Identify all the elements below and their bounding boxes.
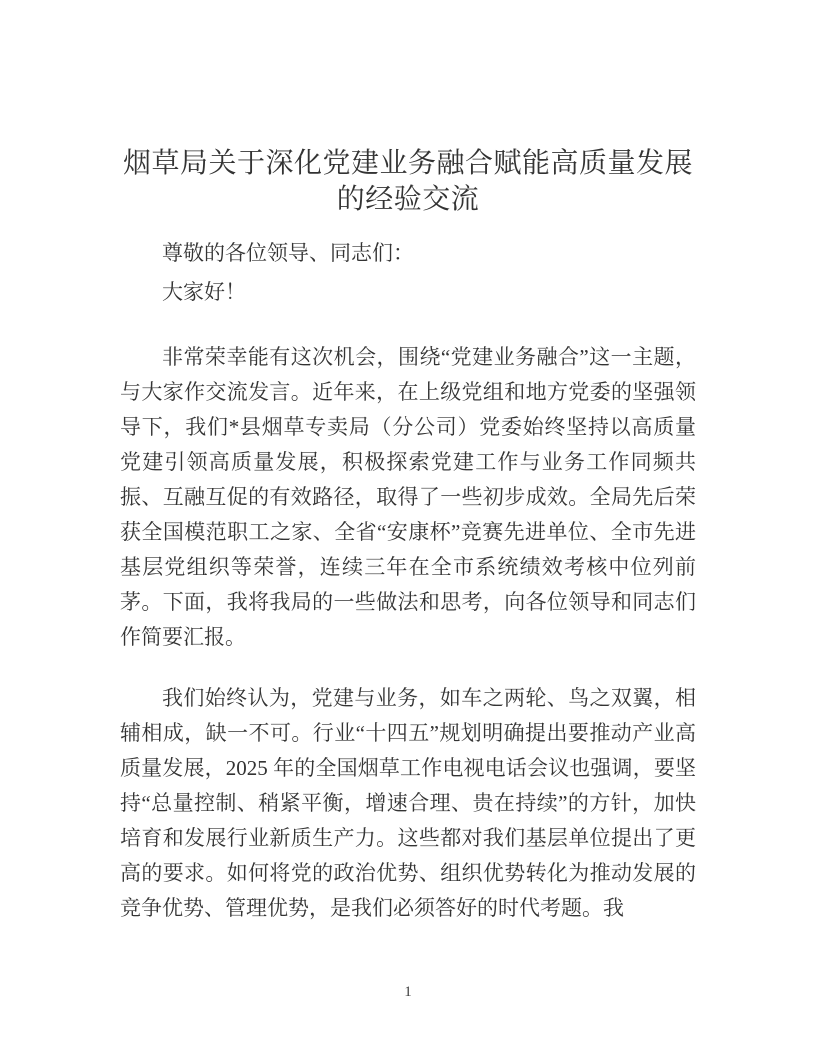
salutation-line: 尊敬的各位领导、同志们：	[120, 236, 696, 271]
page-footer: 1	[0, 983, 816, 1001]
document-page: 烟草局关于深化党建业务融合赋能高质量发展的经验交流 尊敬的各位领导、同志们： 大…	[0, 0, 816, 1056]
body-paragraph-1: 非常荣幸能有这次机会，围绕“党建业务融合”这一主题，与大家作交流发言。近年来，在…	[120, 340, 696, 655]
page-number: 1	[404, 984, 412, 1000]
body-paragraph-2: 我们始终认为，党建与业务，如车之两轮、鸟之双翼，相辅相成，缺一不可。行业“十四五…	[120, 681, 696, 926]
document-title: 烟草局关于深化党建业务融合赋能高质量发展的经验交流	[120, 146, 696, 218]
greeting-line: 大家好！	[120, 275, 696, 310]
